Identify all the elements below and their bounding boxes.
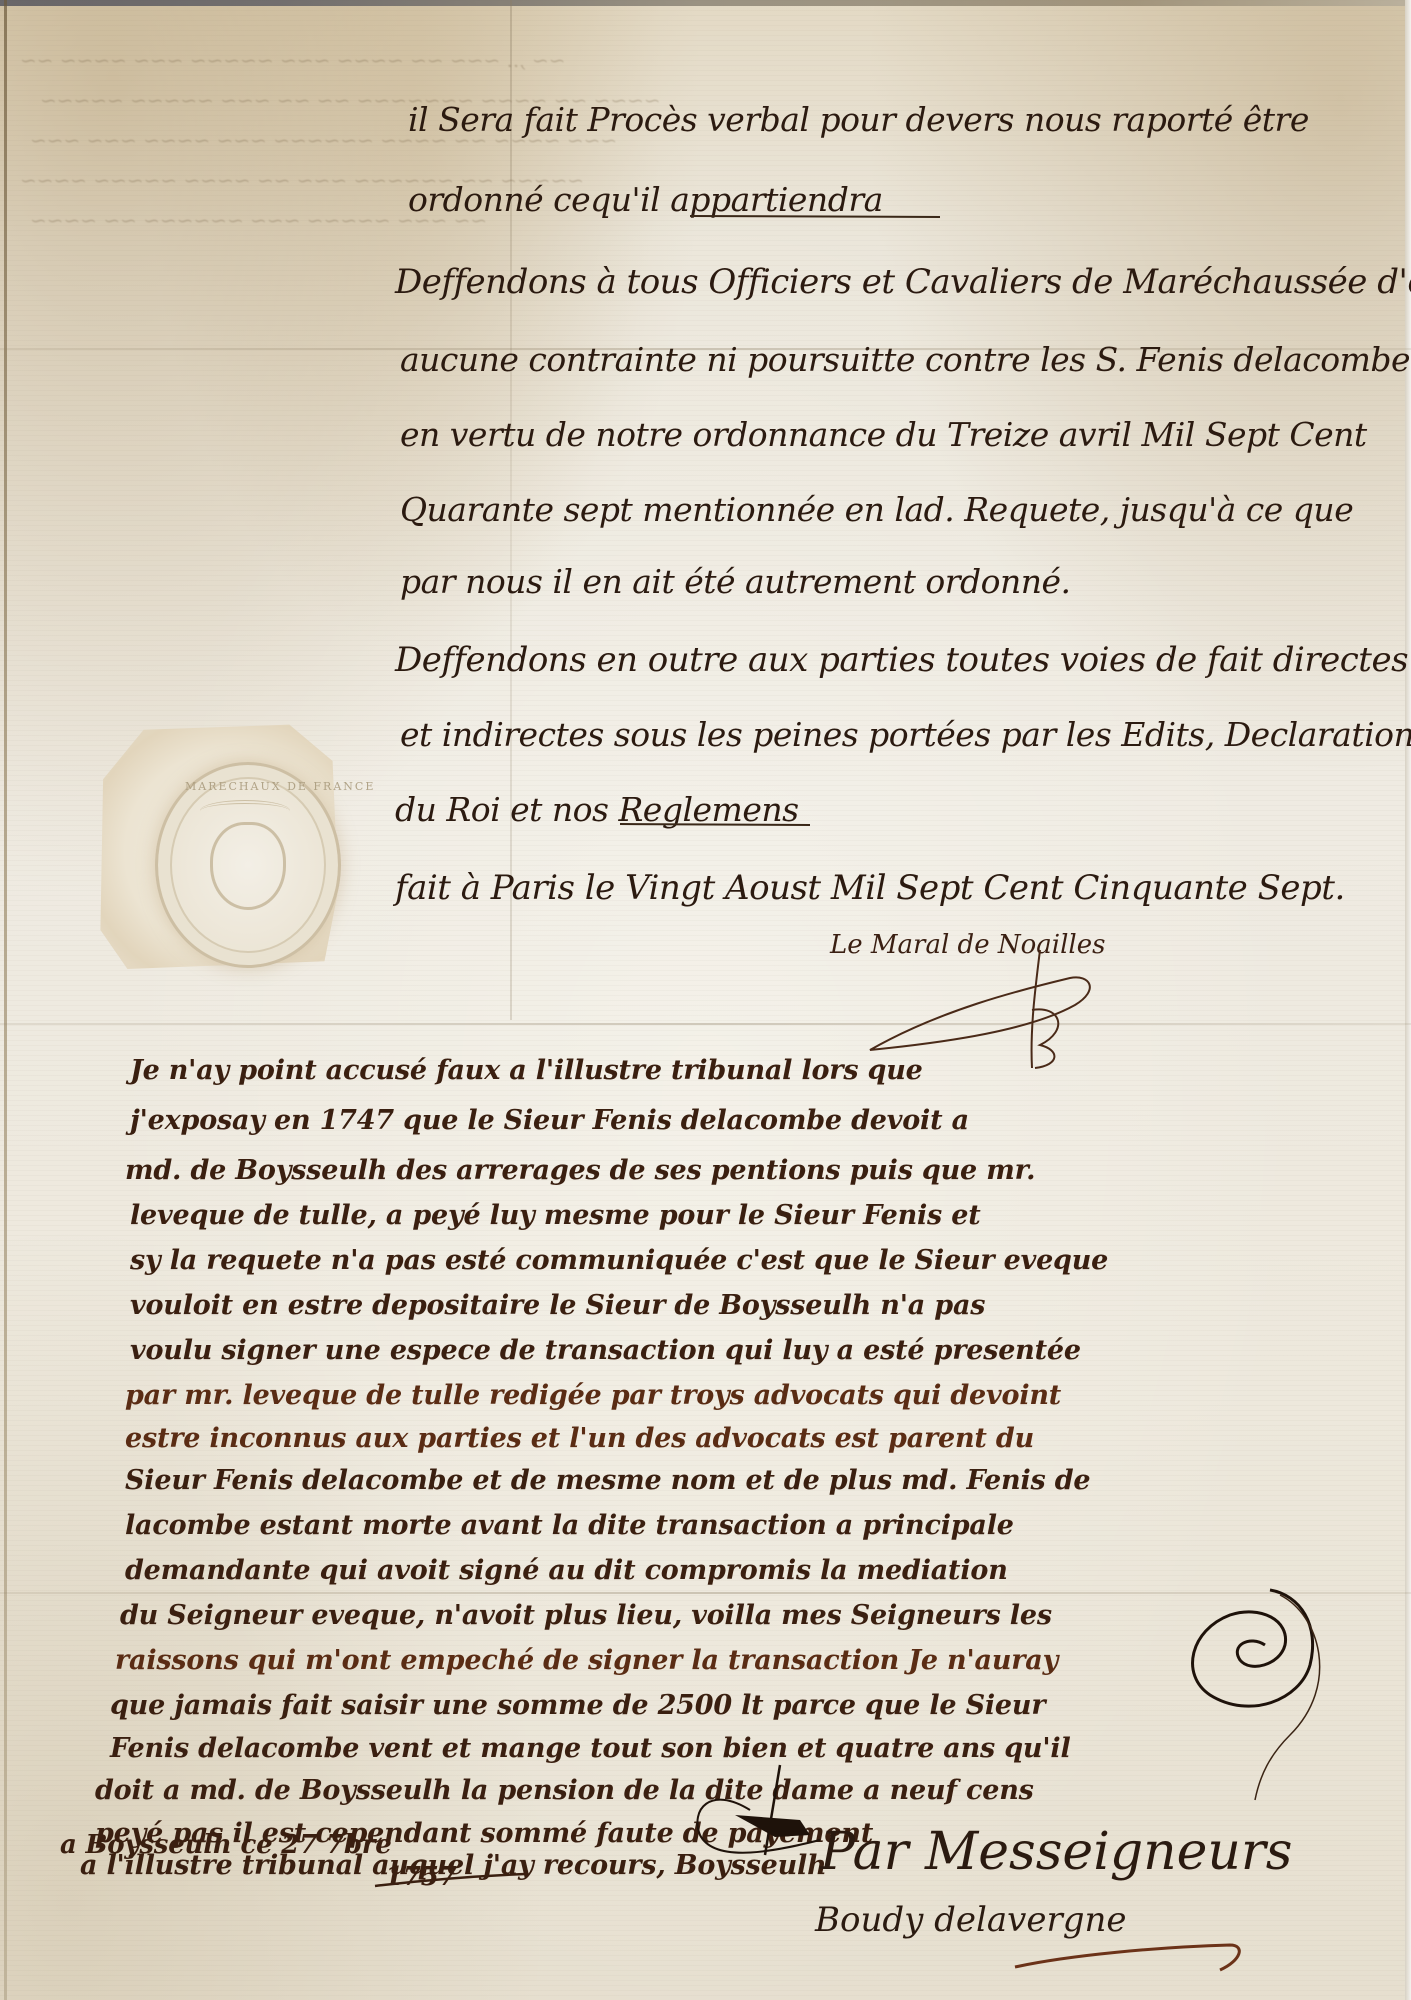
- signature-underline-flourish: [1010, 1935, 1250, 1985]
- note-line: que jamais fait saisir une somme de 2500…: [110, 1690, 1045, 1721]
- note-line: sy la requete n'a pas esté communiquée c…: [130, 1245, 1108, 1276]
- note-line: par mr. leveque de tulle redigée par tro…: [125, 1380, 1061, 1411]
- decorative-spiral-flourish: [1170, 1585, 1330, 1805]
- note-line: Je n'ay point accusé faux a l'illustre t…: [130, 1055, 923, 1086]
- line-filler-stroke: [690, 212, 950, 222]
- note-line: estre inconnus aux parties et l'un des a…: [125, 1423, 1034, 1454]
- paper-top-edge: [0, 0, 1411, 6]
- signature-paraph: [860, 950, 1120, 1070]
- note-line: lacombe estant morte avant la dite trans…: [125, 1510, 1014, 1541]
- ordinance-line: et indirectes sous les peines portées pa…: [400, 715, 1411, 754]
- note-line: Sieur Fenis delacombe et de mesme nom et…: [125, 1465, 1090, 1496]
- note-line: demandante qui avoit signé au dit compro…: [125, 1555, 1008, 1586]
- ordinance-line: aucune contrainte ni poursuitte contre l…: [400, 340, 1410, 379]
- place-date: a Boysseulh ce 27 7bre: [60, 1830, 392, 1860]
- paper-left-edge: [4, 0, 7, 2000]
- note-line: md. de Boysseulh des arrerages de ses pe…: [125, 1155, 1035, 1186]
- ordinance-line: en vertu de notre ordonnance du Treize a…: [400, 415, 1367, 454]
- note-line: j'exposay en 1747 que le Sieur Fenis del…: [130, 1105, 969, 1136]
- ordinance-date-line: fait à Paris le Vingt Aoust Mil Sept Cen…: [395, 868, 1345, 908]
- ordinance-line: par nous il en ait été autrement ordonné…: [400, 562, 1071, 601]
- fold-crease: [0, 1023, 1411, 1025]
- ordinance-line: Quarante sept mentionnée en lad. Requete…: [400, 490, 1353, 529]
- note-line: du Seigneur eveque, n'avoit plus lieu, v…: [120, 1600, 1052, 1631]
- note-line: leveque de tulle, a peyé luy mesme pour …: [130, 1200, 981, 1231]
- ordinance-line: il Sera fait Procès verbal pour devers n…: [408, 100, 1309, 139]
- seal-shield-icon: [210, 822, 286, 910]
- document-page: ~~ ,.. ~~~ ~~ ~~~~ ~~~ ~~~~~ ~~~ ~~~~ ~~…: [0, 0, 1411, 2000]
- ordinance-line: Deffendons en outre aux parties toutes v…: [395, 640, 1408, 680]
- note-line: Fenis delacombe vent et mange tout son b…: [110, 1733, 1071, 1764]
- note-line: voulu signer une espece de transaction q…: [130, 1335, 1081, 1366]
- line-filler-stroke: [620, 820, 820, 830]
- date-underline: [375, 1870, 535, 1890]
- closing-salutation: Par Messeigneurs: [820, 1822, 1292, 1882]
- note-line: vouloit en estre depositaire le Sieur de…: [130, 1290, 985, 1321]
- ordinance-line: Deffendons à tous Officiers et Cavaliers…: [395, 262, 1411, 302]
- closing-signature: Boudy delavergne: [815, 1900, 1127, 1940]
- seal-legend: MARECHAUX DE FRANCE: [185, 780, 375, 793]
- note-line: raissons qui m'ont empeché de signer la …: [115, 1645, 1058, 1676]
- bleed-through-text: ~~ ,.. ~~~ ~~ ~~~~ ~~~ ~~~~~ ~~~ ~~~~ ~~: [20, 40, 578, 80]
- seal-crown-icon: [200, 800, 290, 822]
